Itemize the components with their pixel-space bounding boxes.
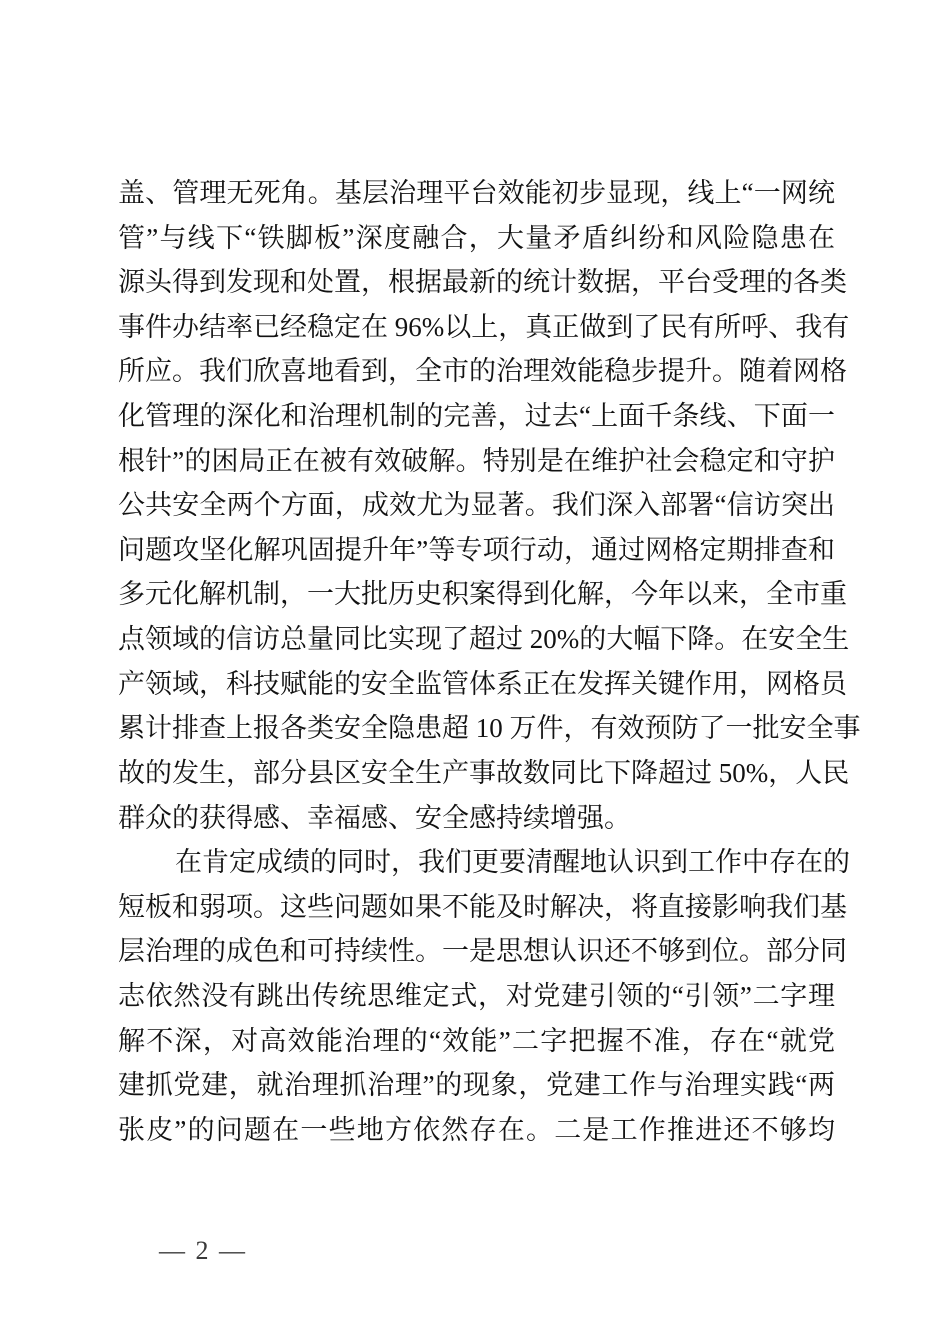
text-line: 志依然没有跳出传统思维定式，对党建引领的“引领”二字理 <box>118 974 835 1019</box>
text-line: 产领域，科技赋能的安全监管体系正在发挥关键作用，网格员 <box>118 662 835 707</box>
text-line: 张皮”的问题在一些地方依然存在。二是工作推进还不够均 <box>118 1108 835 1153</box>
text-line: 层治理的成色和可持续性。一是思想认识还不够到位。部分同 <box>118 929 835 974</box>
text-line: 根针”的困局正在被有效破解。特别是在维护社会稳定和守护 <box>118 439 835 484</box>
text-line: 短板和弱项。这些问题如果不能及时解决，将直接影响我们基 <box>118 885 835 930</box>
text-line: 公共安全两个方面，成效尤为显著。我们深入部署“信访突出 <box>118 483 835 528</box>
document-page: 盖、管理无死角。基层治理平台效能初步显现，线上“一网统 管”与线下“铁脚板”深度… <box>0 0 950 1344</box>
text-line: 故的发生，部分县区安全生产事故数同比下降超过 50%，人民 <box>118 751 835 796</box>
text-line: 所应。我们欣喜地看到，全市的治理效能稳步提升。随着网格 <box>118 349 835 394</box>
text-line: 盖、管理无死角。基层治理平台效能初步显现，线上“一网统 <box>118 171 835 216</box>
document-body: 盖、管理无死角。基层治理平台效能初步显现，线上“一网统 管”与线下“铁脚板”深度… <box>118 171 835 1152</box>
text-line: 多元化解机制，一大批历史积案得到化解，今年以来，全市重 <box>118 572 835 617</box>
text-line: 事件办结率已经稳定在 96%以上，真正做到了民有所呼、我有 <box>118 305 835 350</box>
text-line: 管”与线下“铁脚板”深度融合，大量矛盾纠纷和风险隐患在 <box>118 216 835 261</box>
text-line-paragraph-end: 群众的获得感、幸福感、安全感持续增强。 <box>118 796 835 841</box>
text-line: 源头得到发现和处置，根据最新的统计数据，平台受理的各类 <box>118 260 835 305</box>
text-line: 问题攻坚化解巩固提升年”等专项行动，通过网格定期排查和 <box>118 528 835 573</box>
text-line: 点领域的信访总量同比实现了超过 20%的大幅下降。在安全生 <box>118 617 835 662</box>
text-line: 累计排查上报各类安全隐患超 10 万件，有效预防了一批安全事 <box>118 706 835 751</box>
text-line: 建抓党建，就治理抓治理”的现象，党建工作与治理实践“两 <box>118 1063 835 1108</box>
page-number: — 2 — <box>159 1236 247 1266</box>
text-line: 化管理的深化和治理机制的完善，过去“上面千条线、下面一 <box>118 394 835 439</box>
text-line-paragraph-start: 在肯定成绩的同时，我们更要清醒地认识到工作中存在的 <box>118 840 835 885</box>
text-line: 解不深，对高效能治理的“效能”二字把握不准，存在“就党 <box>118 1019 835 1064</box>
